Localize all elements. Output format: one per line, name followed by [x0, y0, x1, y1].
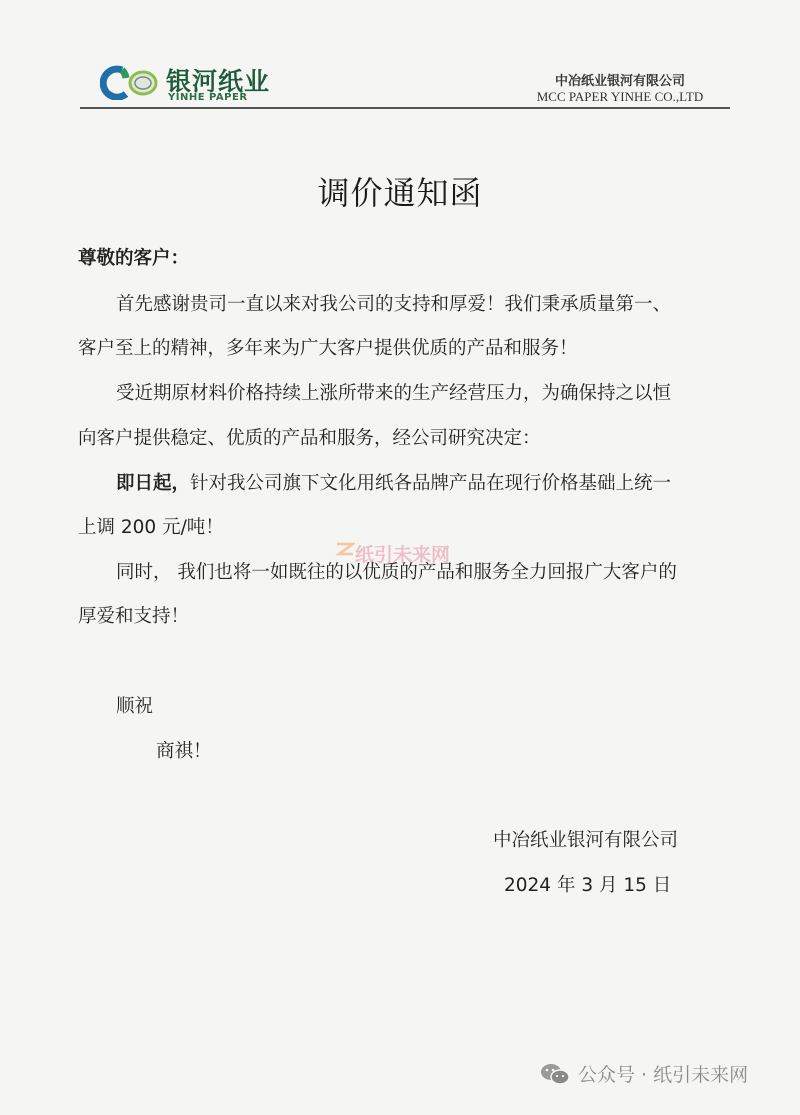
paragraph-4-line-2: 厚爱和支持！	[78, 602, 189, 628]
company-name-cn: 中冶纸业银河有限公司	[520, 70, 720, 89]
paragraph-2-line-1: 受近期原材料价格持续上涨所带来的生产经营压力，为确保持之以恒	[116, 379, 671, 405]
paragraph-4-line-1: 同时， 我们也将一如既往的以优质的产品和服务全力回报广大客户的	[116, 558, 677, 584]
closing-wish: 顺祝	[116, 692, 153, 718]
signature-company: 中冶纸业银河有限公司	[493, 826, 678, 852]
closing-regards: 商祺！	[156, 737, 212, 763]
signature-date: 2024 年 3 月 15 日	[504, 871, 671, 897]
footer-account-label: 公众号 · 纸引未来网	[578, 1060, 748, 1087]
yinhe-logo-icon	[100, 64, 160, 100]
logo-english-name: YINHE PAPER	[168, 92, 248, 103]
watermark-logo-icon	[335, 542, 355, 556]
paragraph-3-line-1: 即日起，针对我公司旗下文化用纸各品牌产品在现行价格基础上统一	[116, 469, 671, 495]
header-divider	[80, 107, 730, 109]
paragraph-1-line-2: 客户至上的精神，多年来为广大客户提供优质的产品和服务！	[78, 334, 578, 360]
salutation: 尊敬的客户：	[78, 244, 189, 270]
company-name-en: MCC PAPER YINHE CO.,LTD	[500, 89, 740, 105]
document-title: 调价通知函	[0, 168, 800, 214]
paragraph-3-line-2: 上调 200 元/吨！	[78, 513, 224, 539]
wechat-footer[interactable]: 公众号 · 纸引未来网	[540, 1060, 748, 1087]
company-logo: 银河纸业 YINHE PAPER	[100, 60, 300, 108]
paragraph-2-line-2: 向客户提供稳定、优质的产品和服务，经公司研究决定：	[78, 424, 541, 450]
paragraph-1-line-1: 首先感谢贵司一直以来对我公司的支持和厚爱！我们秉承质量第一、	[116, 290, 671, 316]
price-adjustment-text: 针对我公司旗下文化用纸各品牌产品在现行价格基础上统一	[190, 473, 671, 494]
effective-immediately-label: 即日起，	[116, 473, 190, 494]
wechat-icon	[540, 1063, 570, 1085]
